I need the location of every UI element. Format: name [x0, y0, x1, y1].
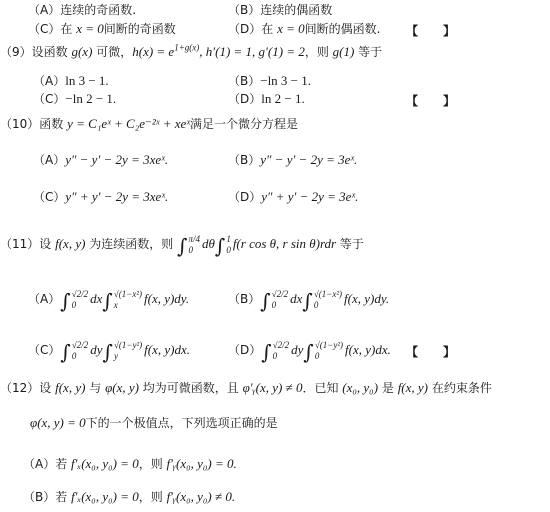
q8-option-c: （C）在 x = 0间断的奇函数 [28, 21, 176, 37]
option-text: 间断的奇函数 [104, 22, 176, 36]
differential: dθ [202, 236, 215, 251]
upper-limit: 1 [226, 234, 231, 245]
math-expr: f′ₓ(x₀, y₀) = 0 [71, 456, 139, 471]
math-expr: g(1) [333, 44, 355, 59]
option-label: （C） [33, 190, 65, 204]
math-expr: φ(x, y) = 0 [30, 415, 86, 430]
math-expr: φ′ᵧ(x, y) ≠ 0 [243, 380, 303, 395]
upper-limit: √2/2 [273, 340, 289, 351]
q9-option-c: （C）−ln 2 − 1. [33, 91, 116, 107]
q9-answer-bracket[interactable]: 【 】 [406, 92, 455, 109]
option-label: （A） [23, 457, 55, 471]
q9-stem: （9）设函数 g(x) 可微，h(x) = e1+g(x), h′(1) = 1… [0, 44, 382, 60]
stem-text: 满足一个微分方程是 [190, 117, 298, 131]
integral-sign: ∫ [261, 340, 271, 364]
q11-answer-bracket[interactable]: 【 】 [406, 343, 455, 360]
lower-limit: 0 [273, 351, 289, 362]
option-label: （B） [228, 153, 260, 167]
option-label: （A） [33, 153, 65, 167]
stem-text: 等于 [354, 45, 382, 59]
option-text: 若 [55, 457, 71, 471]
q11-option-c: （C）∫√2/20dy∫√(1−y²)yf(x, y)dx. [28, 337, 190, 365]
math-expr: x = 0 [76, 21, 104, 36]
q11-stem: （11）设 f(x, y) 为连续函数，则 ∫π/40dθ∫10f(r cos … [0, 232, 364, 258]
option-text: ，则 [139, 457, 167, 471]
upper-limit: √(1−y²) [114, 340, 142, 351]
option-label: （A） [28, 292, 60, 306]
option-label: （B） [228, 292, 260, 306]
lower-limit: 0 [272, 300, 288, 311]
q12-option-b: （B）若 f′ₓ(x₀, y₀) = 0，则 f′ᵧ(x₀, y₀) ≠ 0. [23, 489, 235, 505]
integral-sign: ∫ [60, 289, 70, 313]
q10-stem: （10）函数 y = C₁eˣ + C₂e⁻²ˣ + xeˣ满足一个微分方程是 [0, 116, 298, 132]
integrand: f(r cos θ, r sin θ)rdr [233, 236, 336, 251]
integral-sign: ∫ [102, 289, 112, 313]
integral-limits: √(1−y²)0 [315, 340, 343, 362]
integral-limits: π/40 [188, 234, 200, 256]
option-label: （A） [28, 3, 60, 17]
option-label: （B） [23, 490, 55, 504]
q9-option-a: （A）ln 3 − 1. [33, 73, 109, 89]
stem-text: 为连续函数，则 [85, 237, 177, 251]
differential: dx [290, 291, 302, 306]
q10-option-d: （D）y″ + y′ − 2y = 3eˣ. [228, 189, 358, 205]
integral-limits: √2/20 [273, 340, 289, 362]
option-label: （D） [228, 190, 261, 204]
math-expr: f(x, y) [55, 380, 85, 395]
math-expr: f′ᵧ(x₀, y₀) = 0 [167, 456, 234, 471]
integral-limits: √2/20 [72, 340, 88, 362]
q12-stem-line1: （12）设 f(x, y) 与 φ(x, y) 均为可微函数，且 φ′ᵧ(x, … [0, 380, 492, 396]
upper-limit: √2/2 [272, 289, 288, 300]
stem-text: 与 [85, 381, 105, 395]
stem-text: 是 [378, 381, 398, 395]
lower-limit: 0 [226, 245, 231, 256]
lower-limit: 0 [188, 245, 200, 256]
math-expr: y″ + y′ − 2y = 3eˣ. [261, 189, 358, 204]
lower-limit: y [114, 351, 142, 362]
stem-text: 等于 [336, 237, 364, 251]
integral-limits: 10 [226, 234, 231, 256]
q9-option-b: （B）−ln 3 − 1. [228, 73, 311, 89]
q9-option-d: （D）ln 2 − 1. [228, 91, 305, 107]
stem-text: 设 [39, 237, 55, 251]
stem-text: 函数 [39, 117, 67, 131]
integral-sign: ∫ [177, 234, 187, 258]
math-expr: y = C₁eˣ + C₂e⁻²ˣ + xeˣ [67, 116, 190, 131]
upper-limit: √(1−y²) [315, 340, 343, 351]
lower-limit: 0 [314, 300, 342, 311]
math-expr: f′ₓ(x₀, y₀) = 0 [71, 489, 139, 504]
q12-stem-line2: φ(x, y) = 0下的一个极值点，下列选项正确的是 [30, 415, 278, 431]
option-label: （D） [228, 343, 261, 357]
q11-option-d: （D）∫√2/20dy∫√(1−y²)0f(x, y)dx. [228, 337, 391, 365]
q10-option-c: （C）y″ + y′ − 2y = 3xeˣ. [33, 189, 168, 205]
q8-option-a: （A）连续的奇函数. [28, 2, 136, 18]
option-label: （C） [28, 343, 60, 357]
upper-limit: √(1−x²) [314, 289, 342, 300]
h-definition: h(x) = e [132, 44, 174, 59]
stem-text: ，则 [305, 45, 333, 59]
stem-text: 设 [39, 381, 55, 395]
integrand: f(x, y)dy. [344, 291, 389, 306]
q8-answer-bracket[interactable]: 【 】 [406, 22, 455, 39]
q11-option-b: （B）∫√2/20dx∫√(1−x²)0f(x, y)dy. [228, 286, 389, 314]
option-label: （D） [228, 92, 261, 106]
math-expr: ln 3 − 1. [65, 73, 108, 88]
integral-limits: √(1−x²)0 [314, 289, 342, 311]
stem-text: 设函数 [32, 45, 72, 59]
integrand: f(x, y)dx. [144, 342, 190, 357]
question-number: （11） [0, 237, 39, 251]
option-text: 在 [60, 22, 76, 36]
option-text: ，则 [139, 490, 167, 504]
option-text: 连续的偶函数 [260, 3, 332, 17]
integral-sign: ∫ [302, 289, 312, 313]
q8-option-b: （B）连续的偶函数 [228, 2, 332, 18]
stem-text: 下的一个极值点，下列选项正确的是 [86, 416, 278, 430]
math-expr: −ln 3 − 1. [260, 73, 311, 88]
question-number: （12） [0, 381, 39, 395]
option-label: （C） [28, 22, 60, 36]
lower-limit: 0 [315, 351, 343, 362]
integral-sign: ∫ [103, 340, 113, 364]
math-expr: f(x, y) [398, 380, 428, 395]
q11-option-a: （A）∫√2/20dx∫√(1−x²)xf(x, y)dy. [28, 286, 189, 314]
integral-sign: ∫ [215, 234, 225, 258]
option-label: （B） [228, 3, 260, 17]
option-text: 连续的奇函数. [60, 3, 136, 17]
lower-limit: 0 [72, 300, 88, 311]
math-expr: y″ − y′ − 2y = 3xeˣ. [65, 152, 168, 167]
upper-limit: π/4 [188, 234, 200, 245]
integral-limits: √2/20 [72, 289, 88, 311]
option-text: 间断的偶函数. [305, 22, 381, 36]
stem-text: 在约束条件 [428, 381, 492, 395]
stem-text: ．已知 [302, 381, 342, 395]
math-expr: f(x, y) [55, 236, 85, 251]
option-label: （D） [228, 22, 261, 36]
math-expr: y″ + y′ − 2y = 3xeˣ. [65, 189, 168, 204]
option-label: （B） [228, 74, 260, 88]
integral-sign: ∫ [60, 340, 70, 364]
upper-limit: √2/2 [72, 289, 88, 300]
option-text: . [234, 456, 237, 471]
math-expr: φ(x, y) [105, 380, 139, 395]
q10-option-b: （B）y″ − y′ − 2y = 3eˣ. [228, 152, 357, 168]
integral-sign: ∫ [303, 340, 313, 364]
option-text: 在 [261, 22, 277, 36]
option-label: （C） [33, 92, 65, 106]
math-expr: x = 0 [277, 21, 305, 36]
integrand: f(x, y)dx. [345, 342, 391, 357]
math-expr: f′ᵧ(x₀, y₀) ≠ 0 [167, 489, 232, 504]
stem-text: 均为可微函数，且 [139, 381, 243, 395]
q10-option-a: （A）y″ − y′ − 2y = 3xeˣ. [33, 152, 168, 168]
integral-limits: √(1−x²)x [114, 289, 142, 311]
math-expr: y″ − y′ − 2y = 3eˣ. [260, 152, 357, 167]
option-text: 若 [55, 490, 71, 504]
math-expr: (x₀, y₀) [342, 380, 378, 395]
math-expr: h(x) = e1+g(x), h′(1) = 1, g′(1) = 2 [132, 44, 305, 59]
differential: dy [90, 342, 102, 357]
upper-limit: √(1−x²) [114, 289, 142, 300]
math-expr: ln 2 − 1. [261, 91, 304, 106]
integral-limits: √(1−y²)y [114, 340, 142, 362]
differential: dy [291, 342, 303, 357]
differential: dx [90, 291, 102, 306]
math-expr: −ln 2 − 1. [65, 91, 116, 106]
integrand: f(x, y)dy. [144, 291, 189, 306]
math-expr: g(x) [71, 44, 92, 59]
lower-limit: 0 [72, 351, 88, 362]
integral-limits: √2/20 [272, 289, 288, 311]
q12-option-a: （A）若 f′ₓ(x₀, y₀) = 0，则 f′ᵧ(x₀, y₀) = 0. [23, 456, 237, 472]
question-number: （10） [0, 117, 39, 131]
option-label: （A） [33, 74, 65, 88]
lower-limit: x [114, 300, 142, 311]
q8-option-d: （D）在 x = 0间断的偶函数. [228, 21, 380, 37]
conditions: , h′(1) = 1, g′(1) = 2 [199, 44, 305, 59]
integral-sign: ∫ [260, 289, 270, 313]
stem-text: 可微， [92, 45, 132, 59]
exponent: 1+g(x) [174, 43, 199, 53]
upper-limit: √2/2 [72, 340, 88, 351]
option-text: . [232, 489, 235, 504]
question-number: （9） [0, 45, 32, 59]
